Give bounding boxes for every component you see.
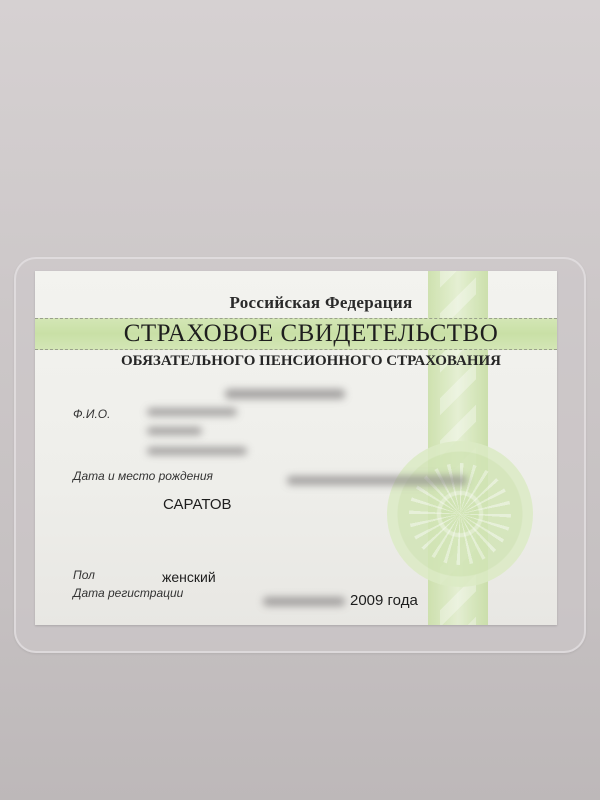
fio-surname-redacted xyxy=(147,408,237,416)
registration-label: Дата регистрации xyxy=(73,586,183,600)
birth-label: Дата и место рождения xyxy=(73,469,213,483)
insurance-card: Российская Федерация СТРАХОВОЕ СВИДЕТЕЛЬ… xyxy=(35,271,557,625)
sex-value: женский xyxy=(162,569,216,585)
registration-day-redacted xyxy=(263,597,345,606)
document-subtitle: ОБЯЗАТЕЛЬНОГО ПЕНСИОННОГО СТРАХОВАНИЯ xyxy=(35,353,557,370)
birth-place: САРАТОВ xyxy=(163,496,232,513)
fio-patronymic-redacted xyxy=(147,447,247,455)
birth-date-redacted xyxy=(287,476,467,485)
fio-label: Ф.И.О. xyxy=(73,407,110,421)
sex-label: Пол xyxy=(73,568,95,582)
document-title: СТРАХОВОЕ СВИДЕТЕЛЬСТВО xyxy=(35,320,557,348)
registration-year: 2009 года xyxy=(350,592,418,609)
guilloche-rosette xyxy=(387,441,533,587)
country-title: Российская Федерация xyxy=(35,293,557,313)
number-redacted xyxy=(225,389,345,399)
fio-name-redacted xyxy=(147,427,202,435)
